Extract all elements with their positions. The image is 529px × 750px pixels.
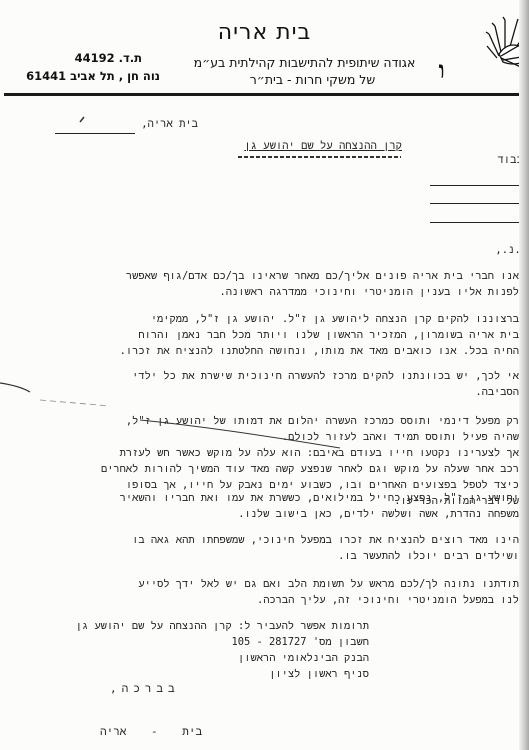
paragraph-8: תודתנו נתונה לך/לכם מראש על תשומת הלב וא… xyxy=(89,576,519,608)
paragraph-4: רק מפעל דינמי ותוסס כמרכז העשרה יהלום את… xyxy=(89,413,519,445)
bank-details: חשבון מס' 281727 - 105 הבנק הבינלאומי הר… xyxy=(231,634,369,682)
closing: בברכה, xyxy=(110,682,180,696)
date-blank-line xyxy=(55,133,135,134)
paragraph-line: לפנות אליו בענין הומניטרי וחינוכי ממדרגה… xyxy=(89,284,519,300)
paragraph-line: רק מפעל דינמי ותוסס כמרכז העשרה יהלום את… xyxy=(89,413,519,429)
paragraph-line: יהושע גן ז"ל, נפצע כחייל במילואים, כששרת… xyxy=(89,490,519,506)
paragraph-line: לנו במפעל הומניטרי וחינוכי זה, עליך הברכ… xyxy=(89,592,519,608)
paragraph-line: החיה בכל. אנו כואבים מאד את מותו, ונחושה… xyxy=(89,343,519,359)
letterhead-address-block: ת.ד. 44192 נוה חן , תל אביב 61441 xyxy=(20,49,160,85)
letter-subject: קרן ההנצחה על שם יהושע גן xyxy=(236,140,402,153)
recipient-blank-line-1 xyxy=(430,185,529,186)
paragraph-line: שהיה פעיל ותוסס תמיד ואהב לעזור לכולם. xyxy=(89,429,519,445)
paragraph-line: אי לכך, יש בכוונתנו להקים מרכז להעשרה חי… xyxy=(89,368,519,384)
paragraph-line: ושילדים רבים יוכלו להתעשר בו. xyxy=(89,548,519,564)
paragraph-line: אנו חברי בית אריה פונים אליך/כם מאחר שרא… xyxy=(89,268,519,284)
paragraph-line: משפחה נהדרת, אשה ושלשה ילדים, כאן בישוב … xyxy=(89,506,519,522)
paragraph-line: ברצוננו להקים קרן הנצחה ליהושע גן ז"ל. י… xyxy=(89,311,519,327)
paragraph-line: בית אריה בשומרון, המזכיר הראשון שלנו ויו… xyxy=(89,327,519,343)
donation-intro: תרומות אפשר להעביר ל: קרן ההנצחה על שם י… xyxy=(76,618,369,634)
bank-name: הבנק הבינלאומי הראשון xyxy=(231,650,369,666)
paragraph-2: ברצוננו להקים קרן הנצחה ליהושע גן ז"ל. י… xyxy=(89,311,519,359)
scan-edge-shadow xyxy=(519,0,529,750)
po-box: ת.ד. 44192 xyxy=(20,49,160,67)
paragraph-3: אי לכך, יש בכוונתנו להקים מרכז להעשרה חי… xyxy=(89,368,519,400)
letterhead-divider xyxy=(4,93,529,96)
paragraph-line: רכב אחר שעלה על מוקש וגם לאחר שנפצע קשה … xyxy=(89,461,519,477)
donation-details: תרומות אפשר להעביר ל: קרן ההנצחה על שם י… xyxy=(76,618,369,634)
tvuna-logo-icon: תבונה xyxy=(439,12,529,90)
account-number: חשבון מס' 281727 - 105 xyxy=(231,634,369,650)
place-line: בית אריה, xyxy=(58,118,198,131)
paragraph-line: אך לצערינו נקטעו חייו בעודם באיבם: הוא ע… xyxy=(89,445,519,461)
paragraph-7: הינו מאד רוצים להנציח את זכרו במפעל חינו… xyxy=(89,532,519,564)
street-address: נוה חן , תל אביב 61441 xyxy=(20,67,160,85)
paragraph-line: הסביבה. xyxy=(89,384,519,400)
paragraph-line: תודתנו נתונה לך/לכם מראש על תשומת הלב וא… xyxy=(89,576,519,592)
recipient-blank-line-3 xyxy=(430,222,529,223)
subject-double-underline xyxy=(238,156,401,158)
paragraph-6: יהושע גן ז"ל, נפצע כחייל במילואים, כששרת… xyxy=(89,490,519,522)
recipient-blank-line-2 xyxy=(430,203,529,204)
svg-text:תבונה: תבונה xyxy=(439,55,445,84)
bank-branch: סניף ראשון לציון xyxy=(231,666,369,682)
letter-page: בית אריה אגודה שיתופית להתישבות קהילתית … xyxy=(0,0,529,750)
signature: בית - אריה xyxy=(100,725,202,739)
paragraph-1: אנו חברי בית אריה פונים אליך/כם מאחר שרא… xyxy=(89,268,519,300)
paragraph-line: הינו מאד רוצים להנציח את זכרו במפעל חינו… xyxy=(89,532,519,548)
